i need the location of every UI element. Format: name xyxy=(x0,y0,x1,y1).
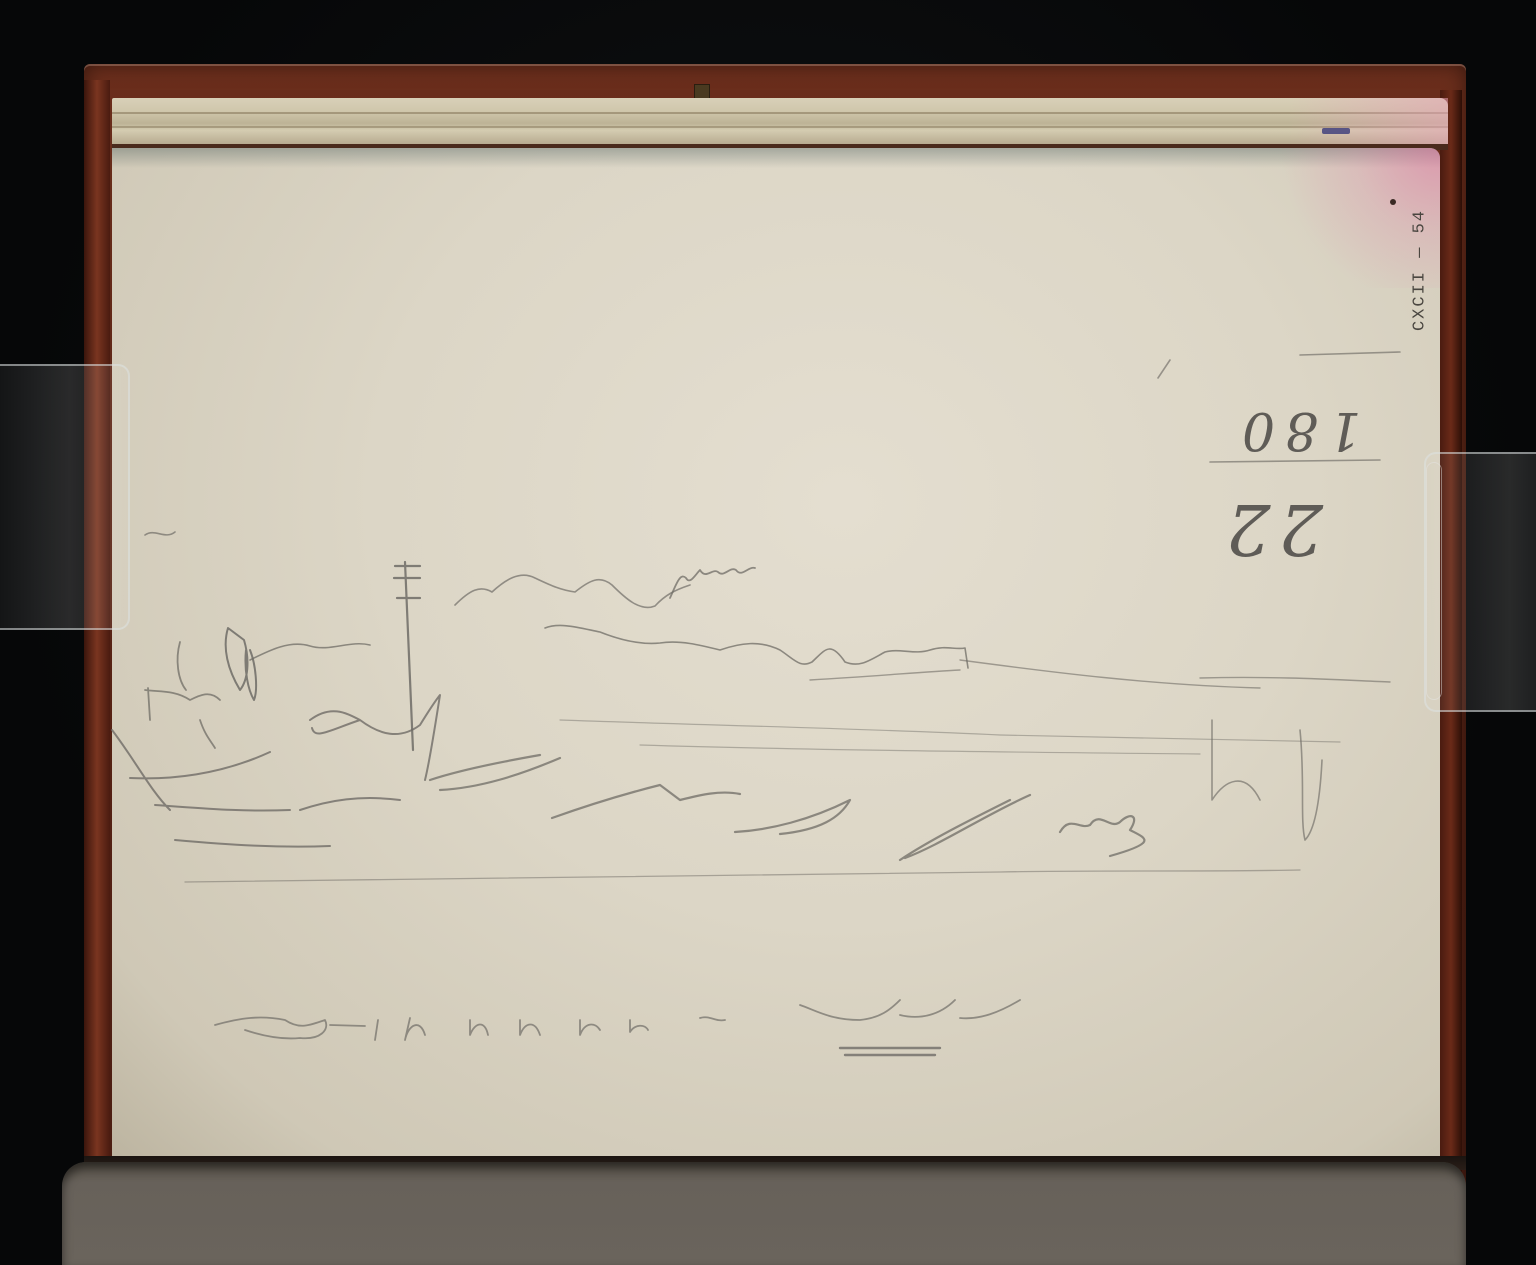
photo-scene: CXCII — 54 180 22 xyxy=(0,0,1536,1265)
blue-ink-mark xyxy=(1322,128,1350,134)
page-edge-line xyxy=(112,126,1448,128)
glass-clip-left xyxy=(0,364,130,630)
pink-stain xyxy=(1288,98,1448,144)
handwritten-numerals-top: 180 xyxy=(1232,400,1361,460)
page-top-shadow xyxy=(112,148,1440,168)
sketch-page xyxy=(112,148,1440,1160)
collection-stamp: CXCII — 54 xyxy=(1411,209,1430,331)
page-edge-line xyxy=(112,112,1448,114)
ink-dot xyxy=(1390,199,1396,205)
cover-edge-left xyxy=(84,80,110,1190)
glass-clip-right-edge xyxy=(1426,462,1442,700)
handwritten-numerals-middle: 22 xyxy=(1218,488,1323,570)
lower-page xyxy=(62,1162,1466,1265)
page-stack-edges xyxy=(112,98,1448,150)
